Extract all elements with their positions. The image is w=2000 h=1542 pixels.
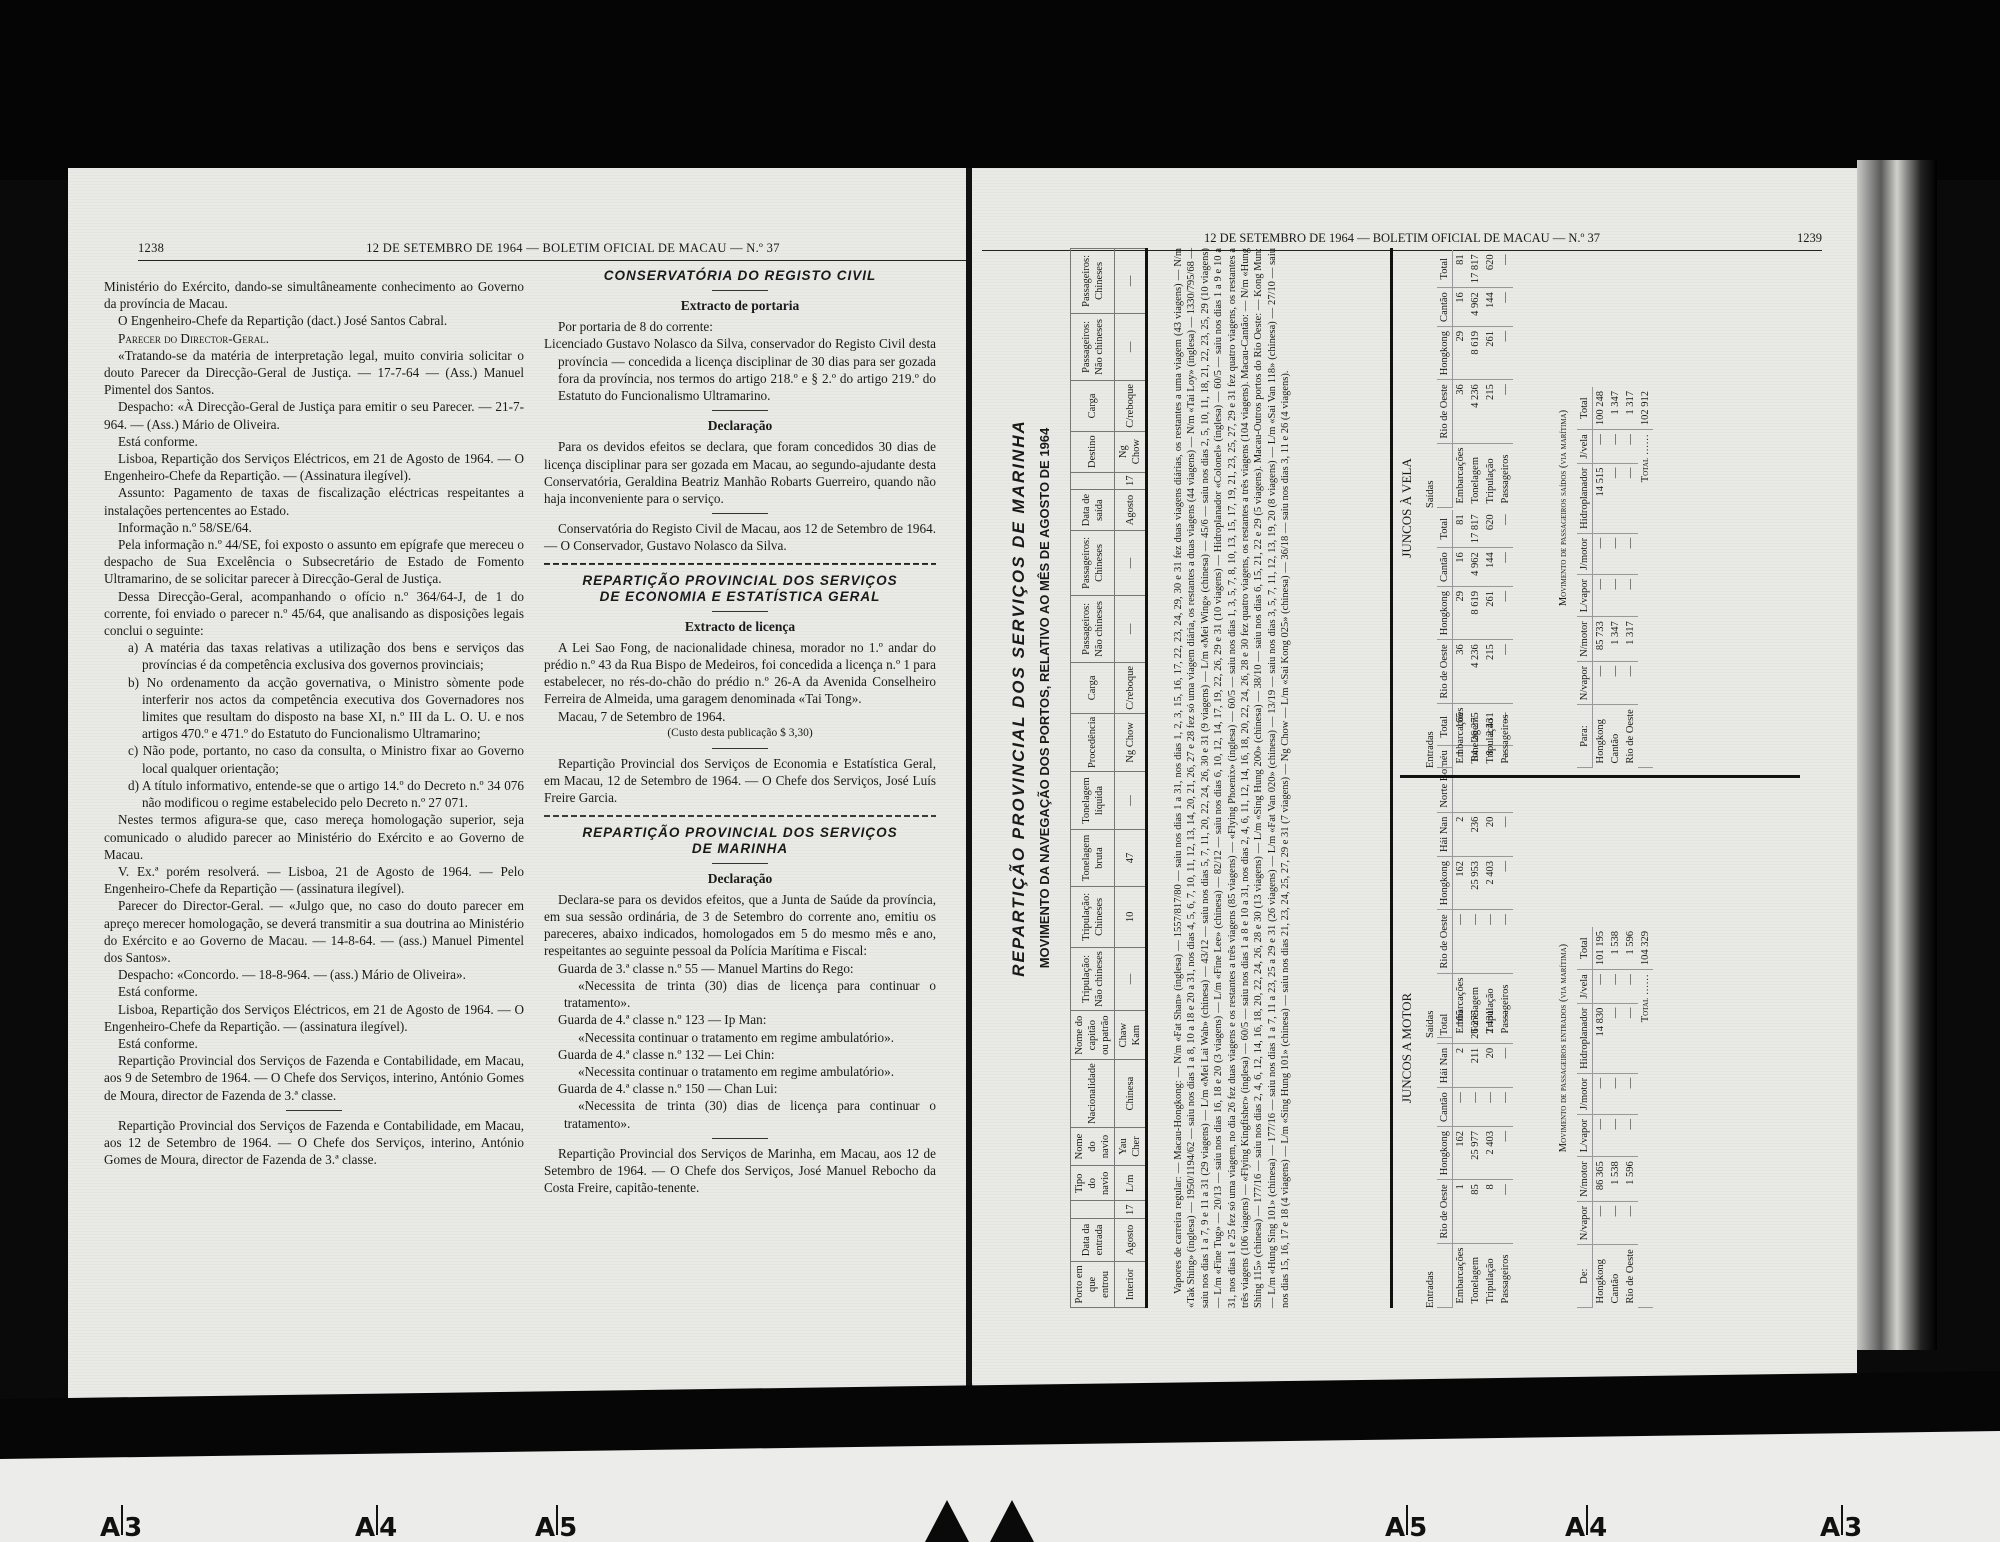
table-cell: — — [1608, 1114, 1623, 1156]
table-cell: 1 538 — [1608, 1157, 1623, 1202]
regular-service-narrative: Vapores de carreira regular: — Macau-Hon… — [1172, 248, 1293, 1308]
paragraph: Macau, 7 de Setembro de 1964. — [544, 708, 936, 725]
table-cell: 36 — [1453, 640, 1469, 703]
column-header: L/vapor — [1577, 1114, 1593, 1156]
juncos-motor-title: JUNCOS A MOTOR — [1400, 788, 1413, 1308]
table-cell: — — [1498, 250, 1513, 287]
table-cell: 1 317 — [1623, 387, 1638, 430]
paragraph: Assunto: Pagamento de taxas de fiscaliza… — [104, 484, 524, 518]
juncos-vela-saidas: SaídasRio de OesteHongkongCantãoTotalEmb… — [1424, 250, 1513, 508]
row-label: Embarcações — [1453, 1243, 1469, 1307]
table-cell: — — [1115, 249, 1147, 314]
column-header: Passageiros: Chineses — [1071, 531, 1115, 596]
column-header: Hái Nan — [1437, 812, 1453, 856]
film-marker: A5 — [535, 1505, 577, 1542]
table-cell: 2 403 — [1483, 1126, 1498, 1179]
table-cell: 1 347 — [1608, 617, 1623, 662]
table-cell: 215 — [1483, 640, 1498, 703]
divider — [712, 1138, 768, 1139]
running-head-title: 12 DE SETEMBRO DE 1964 — BOLETIM OFICIAL… — [138, 241, 968, 256]
table-cell: — — [1623, 463, 1638, 533]
column-header: Cantão — [1437, 288, 1453, 327]
column-header: Nacionalidade — [1071, 1060, 1115, 1128]
table-cell: — — [1483, 1088, 1498, 1127]
column-header: Passageiros: Não chineses — [1071, 313, 1115, 380]
table-cell: — — [1623, 661, 1638, 704]
column-header: Porto em que entrou — [1071, 1261, 1115, 1307]
table-cell: — — [1498, 1043, 1513, 1087]
header-row: De:N/vaporN/motorL/vaporJ/motorHidroplan… — [1577, 927, 1593, 1307]
divider — [712, 611, 768, 612]
table-cell: 85 — [1468, 1180, 1483, 1243]
column-header: Hidroplanador — [1577, 1003, 1593, 1073]
table-cell: — — [1453, 1088, 1469, 1127]
table-cell: — — [1593, 574, 1609, 616]
table-row: Rio de Oeste—1 317————1 317 — [1623, 387, 1638, 767]
table-row: Tripulação82 403—202 431 — [1483, 1006, 1498, 1307]
table-cell: 8 619 — [1468, 586, 1483, 639]
heading-line: DE MARINHA — [544, 841, 936, 857]
table-cell: 215 — [1483, 380, 1498, 443]
paragraph: O Engenheiro-Chefe da Repartição (dact.)… — [104, 312, 524, 329]
center-arrow-left — [925, 1500, 969, 1542]
table-cell: 144 — [1483, 548, 1498, 587]
report-title: REPARTIÇÃO PROVINCIAL DOS SERVIÇOS DE MA… — [1012, 248, 1025, 1148]
table-cell: — — [1115, 772, 1147, 830]
row-label: Embarcações — [1453, 973, 1469, 1037]
row-label: Tripulação — [1483, 443, 1498, 507]
column-header: Nome do navio — [1071, 1127, 1115, 1165]
table-cell: — — [1498, 548, 1513, 587]
column-header: Total — [1437, 250, 1453, 287]
column-header: Tipo do navio — [1071, 1166, 1115, 1201]
marker-number: 4 — [1589, 1513, 1607, 1542]
paragraph: Licenciado Gustavo Nolasco da Silva, con… — [544, 335, 936, 404]
table-cell: 4 236 — [1468, 640, 1483, 703]
rotated-navigation-report: REPARTIÇÃO PROVINCIAL DOS SERVIÇOS DE MA… — [1012, 248, 1812, 1308]
paragraph: Repartição Provincial dos Serviços de Ec… — [544, 755, 936, 807]
header-row: Rio de OesteHongkongCantãoHái NanTotal — [1437, 1006, 1453, 1307]
table-cell: — — [1623, 1201, 1638, 1244]
column-header — [1437, 973, 1453, 1037]
section-rule — [1390, 248, 1393, 1308]
column-header — [1437, 703, 1453, 767]
column-header: Total — [1577, 927, 1593, 970]
guard-name: Guarda de 4.ª classe n.º 123 — Ip Man: — [544, 1011, 936, 1028]
section-heading-marinha: REPARTIÇÃO PROVINCIAL DOS SERVIÇOS DE MA… — [544, 825, 936, 857]
total-label: Total …… — [1638, 430, 1653, 768]
paragraph: Parecer do Director-Geral. — «Julgo que,… — [104, 897, 524, 966]
publication-cost: (Custo desta publicação $ 3,30) — [544, 725, 936, 742]
paragraph: Está conforme. — [104, 1035, 524, 1052]
juncos-vela-entradas: EntradasRio de OesteHongkongCantãoTotalE… — [1424, 510, 1513, 768]
film-marker: A4 — [1565, 1505, 1607, 1542]
table-cell: 85 733 — [1593, 617, 1609, 662]
table-cell: 2 403 — [1483, 856, 1498, 909]
stats-table: Rio de OesteHongkongCantãoTotalEmbarcaçõ… — [1437, 510, 1513, 768]
table-cell: — — [1593, 533, 1609, 574]
table-cell: — — [1608, 1201, 1623, 1244]
header-row: Rio de OesteHongkongCantãoTotal — [1437, 510, 1453, 767]
table-cell: Agosto — [1115, 490, 1147, 531]
table-cell: — — [1115, 313, 1147, 380]
passengers-in-table: De:N/vaporN/motorL/vaporJ/motorHidroplan… — [1577, 927, 1653, 1308]
column-header: N/motor — [1577, 617, 1593, 662]
marker-bar — [376, 1505, 378, 1535]
paragraph: Nestes termos afigura-se que, caso mereç… — [104, 811, 524, 863]
column-header: Data de saída — [1071, 490, 1115, 531]
guard-name: Guarda de 3.ª classe n.º 55 — Manuel Mar… — [544, 960, 936, 977]
table-cell: L/m — [1115, 1166, 1147, 1201]
table-cell: 1 — [1453, 1180, 1469, 1243]
table-cell: — — [1608, 430, 1623, 464]
total-value: 102 912 — [1638, 387, 1653, 430]
paragraph: Está conforme. — [104, 433, 524, 450]
table-cell: — — [1608, 661, 1623, 704]
table-cell: 1 596 — [1623, 927, 1638, 970]
marker-bar — [1841, 1505, 1843, 1535]
subheading-declaracao: Declaração — [544, 417, 936, 434]
marker-letter: A — [1820, 1513, 1840, 1542]
table-cell: Hongkong — [1593, 705, 1609, 768]
table-cell: — — [1608, 1003, 1623, 1073]
header-row: Rio de OesteHongkongCantãoTotal — [1437, 250, 1453, 507]
column-header: Hidroplanador — [1577, 463, 1593, 533]
book-edge — [1857, 160, 1937, 1350]
paragraph: Declara-se para os devidos efeitos, que … — [544, 891, 936, 960]
paragraph: Lisboa, Repartição dos Serviços Eléctric… — [104, 1001, 524, 1035]
column-header: J/motor — [1577, 533, 1593, 574]
column-header: Tripulação: Não chineses — [1071, 947, 1115, 1010]
row-label: Tonelagem — [1468, 443, 1483, 507]
marker-bar — [556, 1505, 558, 1535]
table-row: Tripulação215261144620 — [1483, 510, 1498, 767]
film-marker: A4 — [355, 1505, 397, 1542]
table-cell: 29 — [1453, 326, 1469, 379]
paragraph: b) No ordenamento da acção governativa, … — [104, 674, 524, 743]
table-row: Cantão—1 347————1 347 — [1608, 387, 1623, 767]
right-page: 12 DE SETEMBRO DE 1964 — BOLETIM OFICIAL… — [972, 168, 1857, 1393]
table-cell: — — [1593, 1114, 1609, 1156]
column-header: Tonelagem bruta — [1071, 830, 1115, 887]
table-cell: — — [1498, 288, 1513, 327]
table-cell: — — [1593, 1201, 1609, 1244]
table-cell: 47 — [1115, 830, 1147, 887]
table-cell: 1 538 — [1608, 927, 1623, 970]
table-cell: 81 — [1453, 510, 1469, 547]
section-heading-conservatoria: CONSERVATÓRIA DO REGISTO CIVIL — [544, 268, 936, 284]
column-header — [1437, 443, 1453, 507]
table-cell: — — [1498, 510, 1513, 547]
column-header: Passageiros: Chineses — [1071, 249, 1115, 314]
column-header: Destino — [1071, 431, 1115, 472]
paragraph: Parecer do Director-Geral. — [104, 330, 524, 347]
column-header: Carga — [1071, 381, 1115, 432]
table-cell: Ng Chow — [1115, 713, 1147, 771]
heading-line: DE ECONOMIA E ESTATÍSTICA GERAL — [544, 589, 936, 605]
table-cell: — — [1468, 910, 1483, 973]
column-header: J/vela — [1577, 970, 1593, 1004]
table-cell: — — [1623, 430, 1638, 464]
row-label: Passageiros — [1498, 1243, 1513, 1307]
table-cell: — — [1498, 1180, 1513, 1243]
marker-number: 5 — [559, 1513, 577, 1542]
table-cell: 14 515 — [1593, 463, 1609, 533]
running-head-title: 12 DE SETEMBRO DE 1964 — BOLETIM OFICIAL… — [982, 231, 1822, 246]
table-cell: — — [1608, 1073, 1623, 1114]
passenger-table: De:N/vaporN/motorL/vaporJ/motorHidroplan… — [1577, 927, 1653, 1308]
row-label: Tonelagem — [1468, 703, 1483, 767]
table-row: Hongkong—85 733——14 515—100 248 — [1593, 387, 1609, 767]
table-row: Passageiros———— — [1498, 250, 1513, 507]
paragraph: V. Ex.ª porém resolverá. — Lisboa, 21 de… — [104, 863, 524, 897]
column-header: Cantão — [1437, 1088, 1453, 1127]
total-value: 104 329 — [1638, 927, 1653, 970]
column-header: Hái Nan — [1437, 1043, 1453, 1087]
running-head-left: 1238 12 DE SETEMBRO DE 1964 — BOLETIM OF… — [138, 241, 968, 261]
header-row: Para:N/vaporN/motorL/vaporJ/motorHidropl… — [1577, 387, 1593, 767]
guard-opinion: «Necessita continuar o tratamento em reg… — [544, 1063, 936, 1080]
marker-letter: A — [355, 1513, 375, 1542]
subheading-declaracao: Declaração — [544, 870, 936, 887]
table-cell: 162 — [1453, 1126, 1469, 1179]
table-cell: — — [1115, 531, 1147, 596]
heading-line: REPARTIÇÃO PROVINCIAL DOS SERVIÇOS — [544, 573, 936, 589]
left-page: 1238 12 DE SETEMBRO DE 1964 — BOLETIM OF… — [68, 168, 968, 1400]
block-label: Saídas — [1424, 250, 1437, 508]
table-cell: 14 830 — [1593, 1003, 1609, 1073]
marker-letter: A — [1565, 1513, 1585, 1542]
row-label: Passageiros — [1498, 703, 1513, 767]
table-cell: — — [1608, 970, 1623, 1004]
table-cell: 86 365 — [1593, 1157, 1609, 1202]
column-header: Rio de Oeste — [1437, 1180, 1453, 1243]
paragraph: Repartição Provincial dos Serviços de Ma… — [544, 1145, 936, 1197]
table-cell: C/reboque — [1115, 662, 1147, 713]
table-cell: — — [1623, 1003, 1638, 1073]
guard-name: Guarda de 4.ª classe n.º 132 — Lei Chin: — [544, 1046, 936, 1063]
guard-opinion: «Necessita de trinta (30) dias de licenç… — [544, 977, 936, 1011]
table-row: Tonelagem4 2368 6194 96217 817 — [1468, 510, 1483, 767]
column-header: L/vapor — [1577, 574, 1593, 616]
table-cell: Chinesa — [1115, 1060, 1147, 1128]
column-header: Hongkong — [1437, 586, 1453, 639]
table-cell: 8 619 — [1468, 326, 1483, 379]
column-header: Rio de Oeste — [1437, 380, 1453, 443]
column-header: Carga — [1071, 662, 1115, 713]
column-header: Procedência — [1071, 713, 1115, 771]
paragraph: d) A título informativo, entende-se que … — [104, 777, 524, 811]
passengers-out-title: Movimento de passageiros saídos (via mar… — [1557, 248, 1570, 768]
center-arrow-right — [990, 1500, 1034, 1542]
table-cell: 20 — [1483, 1043, 1498, 1087]
paragraph: Por portaria de 8 do corrente: — [544, 318, 936, 335]
table-cell: — — [1115, 595, 1147, 662]
paragraph: Despacho: «À Direcção-Geral de Justiça p… — [104, 398, 524, 432]
paragraph: Despacho: «Concordo. — 18-8-964. — (ass.… — [104, 966, 524, 983]
table-cell: — — [1498, 1126, 1513, 1179]
table-cell: 17 — [1115, 472, 1147, 490]
left-column: Ministério do Exército, dando-se simultâ… — [104, 278, 524, 1168]
total-row: Total ……104 329 — [1638, 927, 1653, 1307]
table-cell: C/reboque — [1115, 381, 1147, 432]
paragraph: Pela informação n.º 44/SE, foi exposto o… — [104, 536, 524, 588]
column-header: J/motor — [1577, 1073, 1593, 1114]
table-cell: — — [1498, 1088, 1513, 1127]
column-header: Cantão — [1437, 548, 1453, 587]
paragraph: «Tratando-se da matéria de interpretação… — [104, 347, 524, 399]
table-cell: 144 — [1483, 288, 1498, 327]
passengers-in-title: Movimento de passageiros entrados (via m… — [1557, 788, 1570, 1308]
table-cell: — — [1593, 1073, 1609, 1114]
table-cell: 16 — [1453, 288, 1469, 327]
microfilm-border-top — [0, 0, 2000, 180]
table-cell: 2 — [1453, 1043, 1469, 1087]
subheading-extracto-licenca: Extracto de licença — [544, 618, 936, 635]
column-header: N/vapor — [1577, 661, 1593, 704]
marker-bar — [1406, 1505, 1408, 1535]
paragraph: Lisboa, Repartição dos Serviços Eléctric… — [104, 450, 524, 484]
column-header: Tonelagem líquida — [1071, 772, 1115, 830]
row-label: Passageiros — [1498, 443, 1513, 507]
block-label: Entradas — [1424, 1006, 1437, 1308]
column-header — [1071, 1201, 1115, 1219]
table-cell: 1 317 — [1623, 617, 1638, 662]
total-row: Total ……102 912 — [1638, 387, 1653, 767]
column-header: Hongkong — [1437, 856, 1453, 909]
column-header: Data da entrada — [1071, 1218, 1115, 1261]
table-row: Embarcações36291681 — [1453, 510, 1469, 767]
table-cell: Ng Chow — [1115, 431, 1147, 472]
ship-movement-table: Porto em que entrouData da entradaTipo d… — [1070, 248, 1148, 1308]
marker-letter: A — [1385, 1513, 1405, 1542]
table-cell: 211 — [1468, 1043, 1483, 1087]
table-cell: — — [1608, 533, 1623, 574]
paragraph: c) Não pode, portanto, no caso da consul… — [104, 742, 524, 776]
table-cell: — — [1623, 970, 1638, 1004]
paragraph: Dessa Direcção-Geral, acompanhando o ofí… — [104, 588, 524, 640]
table-cell: — — [1593, 970, 1609, 1004]
table-cell: — — [1498, 910, 1513, 973]
guard-opinion: «Necessita continuar o tratamento em reg… — [544, 1029, 936, 1046]
marker-letter: A — [535, 1513, 555, 1542]
table-cell: — — [1623, 1114, 1638, 1156]
table-row: Tonelagem4 2368 6194 96217 817 — [1468, 250, 1483, 507]
marker-number: 3 — [124, 1513, 142, 1542]
row-label: Embarcações — [1453, 443, 1469, 507]
divider — [286, 1110, 342, 1111]
paragraph: Conservatória do Registo Civil de Macau,… — [544, 520, 936, 554]
table-row: Passageiros————— — [1498, 1006, 1513, 1307]
table-cell: — — [1608, 574, 1623, 616]
table-cell: — — [1608, 463, 1623, 533]
row-label: Tripulação — [1483, 1243, 1498, 1307]
table-row: Cantão—1 538————1 538 — [1608, 927, 1623, 1307]
table-cell: 162 — [1453, 856, 1469, 909]
table-cell: 25 953 — [1468, 856, 1483, 909]
passengers-out-table: Para:N/vaporN/motorL/vaporJ/motorHidropl… — [1577, 387, 1653, 768]
column-header: Passageiros: Não chineses — [1071, 595, 1115, 662]
table-cell: 81 — [1453, 250, 1469, 287]
table-cell: Cantão — [1608, 1245, 1623, 1308]
table-cell: 620 — [1483, 250, 1498, 287]
table-row: Tripulação215261144620 — [1483, 250, 1498, 507]
divider — [712, 290, 768, 291]
column-header: Hongkong — [1437, 326, 1453, 379]
heading-line: REPARTIÇÃO PROVINCIAL DOS SERVIÇOS — [544, 825, 936, 841]
table-cell: — — [1453, 910, 1469, 973]
guard-list: Guarda de 3.ª classe n.º 55 — Manuel Mar… — [544, 960, 936, 1132]
table-cell: 236 — [1468, 812, 1483, 856]
column-rule — [1400, 775, 1800, 778]
table-cell: 261 — [1483, 586, 1498, 639]
table-cell: 4 962 — [1468, 288, 1483, 327]
paragraph: Para os devidos efeitos se declara, que … — [544, 438, 936, 507]
column-header — [1071, 472, 1115, 490]
marker-number: 5 — [1409, 1513, 1427, 1542]
table-row: Rio de Oeste—1 596————1 596 — [1623, 927, 1638, 1307]
table-cell: — — [1593, 661, 1609, 704]
table-cell: 101 195 — [1593, 927, 1609, 970]
table-cell: — — [1498, 380, 1513, 443]
paragraph: Repartição Provincial dos Serviços de Fa… — [104, 1052, 524, 1104]
table-cell: 20 — [1483, 812, 1498, 856]
table-cell: Yau Cher — [1115, 1127, 1147, 1165]
total-label: Total …… — [1638, 970, 1653, 1308]
row-label: Embarcações — [1453, 703, 1469, 767]
column-header: Total — [1437, 510, 1453, 547]
table-row: Embarcações36291681 — [1453, 250, 1469, 507]
paragraph: Informação n.º 58/SE/64. — [104, 519, 524, 536]
table-cell: — — [1483, 910, 1498, 973]
column-header: N/vapor — [1577, 1201, 1593, 1244]
table-cell: 10 — [1115, 886, 1147, 947]
table-row: Tonelagem8525 977—21126 275 — [1468, 1006, 1483, 1307]
row-label: Tonelagem — [1468, 973, 1483, 1037]
table-cell: 17 817 — [1468, 250, 1483, 287]
table-row: Hongkong—86 365——14 830—101 195 — [1593, 927, 1609, 1307]
table-cell: — — [1115, 947, 1147, 1010]
juncos-vela-title: JUNCOS À VELA — [1400, 248, 1413, 768]
table-cell: 36 — [1453, 380, 1469, 443]
table-cell: — — [1623, 1073, 1638, 1114]
row-label: Tripulação — [1483, 973, 1498, 1037]
paragraph: Repartição Provincial dos Serviços de Fa… — [104, 1117, 524, 1169]
marker-number: 3 — [1844, 1513, 1862, 1542]
paragraph: a) A matéria das taxas relativas a utili… — [104, 639, 524, 673]
table-cell: — — [1498, 326, 1513, 379]
table-cell: 4 962 — [1468, 548, 1483, 587]
stats-table: Rio de OesteHongkongCantãoTotalEmbarcaçõ… — [1437, 250, 1513, 508]
column-header: De: — [1577, 1245, 1593, 1308]
table-cell: 4 236 — [1468, 380, 1483, 443]
table-cell: 100 248 — [1593, 387, 1609, 430]
table-cell: Cantão — [1608, 705, 1623, 768]
column-header: Nome do capitão ou patrão — [1071, 1011, 1115, 1060]
table-cell: 29 — [1453, 586, 1469, 639]
subheading-extracto-portaria: Extracto de portaria — [544, 297, 936, 314]
guard-opinion: «Necessita de trinta (30) dias de licenç… — [544, 1097, 936, 1131]
marker-letter: A — [100, 1513, 120, 1542]
table-cell: — — [1593, 430, 1609, 464]
stats-table: Rio de OesteHongkongCantãoHái NanTotalEm… — [1437, 1006, 1513, 1308]
table-cell: Agosto — [1115, 1218, 1147, 1261]
divider — [712, 513, 768, 514]
column-header: Rio de Oeste — [1437, 910, 1453, 973]
table-cell: 8 — [1483, 1180, 1498, 1243]
page-number: 1239 — [1797, 231, 1822, 246]
block-label: Entradas — [1424, 510, 1437, 768]
